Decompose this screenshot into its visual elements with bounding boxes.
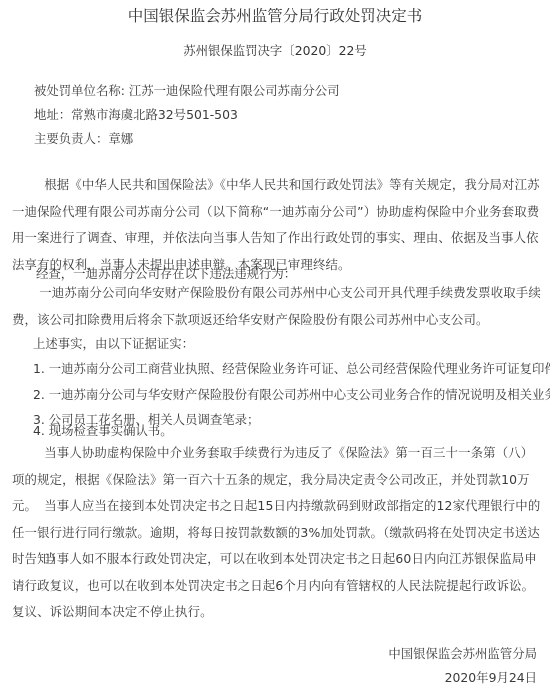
principal: 主要负责人：章娜 (34, 129, 133, 149)
address: 地址：常熟市海虞北路32号501-503 (34, 105, 238, 125)
document-title: 中国银保监会苏州监管分局行政处罚决定书 (0, 5, 550, 27)
evidence-item: 2. 一迪苏南分公司与华安财产保险股份有限公司苏州中心支公司业务合作的情况说明及… (33, 385, 550, 405)
paragraph-appeal: 当事人如不服本行政处罚决定，可以在收到本处罚决定书之日起60日内向江苏银保监局申… (12, 546, 542, 626)
evidence-intro: 上述事实，由以下证据证实： (33, 334, 194, 354)
paragraph-findings: 一迪苏南分公司向华安财产保险股份有限公司苏州中心支公司开具代理手续费发票收取手续… (12, 280, 542, 333)
signature-date: 2020年9月24日 (445, 668, 537, 688)
document-number: 苏州银保监罚决字〔2020〕22号 (0, 41, 550, 61)
signature-organization: 中国银保监会苏州监管分局 (388, 644, 537, 664)
evidence-item: 4. 现场检查事实确认书。 (33, 421, 173, 441)
evidence-item: 1. 一迪苏南分公司工商营业执照、经营保险业务许可证、总公司经营保险代理业务许可… (33, 359, 550, 379)
paragraph-basis: 根据《中华人民共和国保险法》《中华人民共和国行政处罚法》等有关规定，我分局对江苏… (12, 172, 542, 278)
penalized-party: 被处罚单位名称: 江苏一迪保险代理有限公司苏南分公司 (34, 81, 340, 101)
